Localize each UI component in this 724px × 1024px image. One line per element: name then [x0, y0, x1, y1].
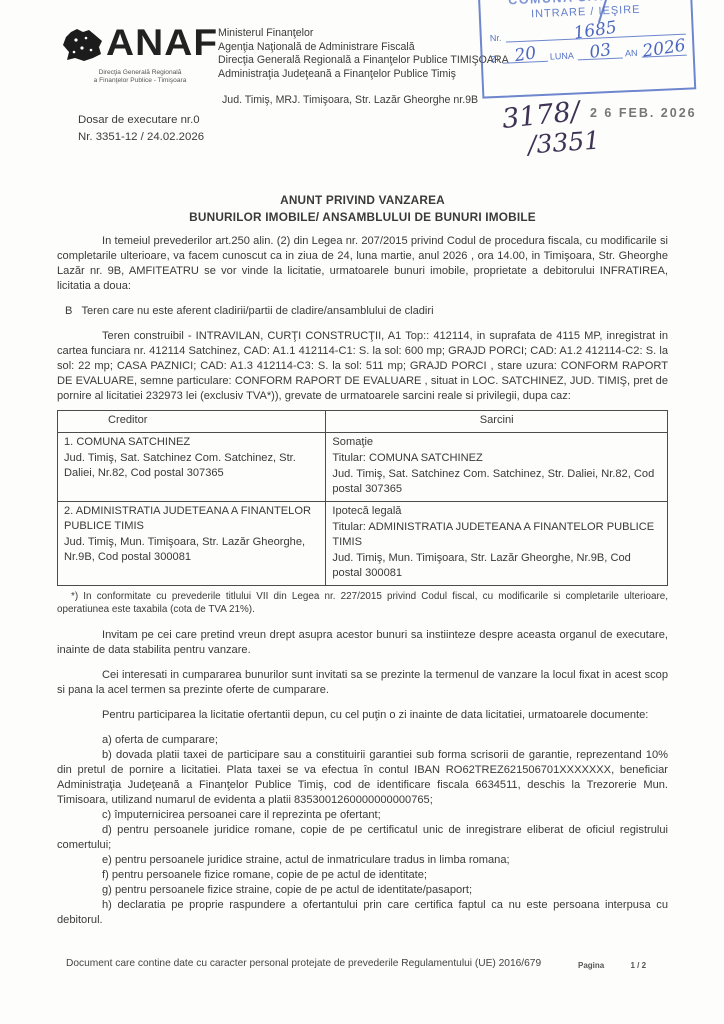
case-file-block: Dosar de executare nr.0 Nr. 3351-12 / 24…	[78, 112, 204, 146]
creditors-table: Creditor Sarcini 1. COMUNA SATCHINEZ Jud…	[57, 410, 668, 586]
document-number-date: Nr. 3351-12 / 24.02.2026	[78, 129, 204, 146]
handwritten-month: 03	[589, 43, 612, 60]
table-row: 1. COMUNA SATCHINEZ Jud. Timiş, Sat. Sat…	[58, 433, 668, 502]
logo-subtitle-line1: Direcţia Generală Regională	[70, 69, 210, 77]
stamp-date-row: ZI 20 LUNA 03 AN 2026	[488, 41, 686, 65]
sarcina-address: Jud. Timiş, Mun. Timişoara, Str. Lazăr G…	[332, 551, 661, 581]
sarcina-type: Ipotecă legală	[332, 504, 661, 519]
office-address: Jud. Timiş, MRJ. Timişoara, Str. Lazăr G…	[222, 94, 478, 106]
handwritten-day: 20	[513, 46, 536, 63]
sarcina-holder: Titular: COMUNA SATCHINEZ	[332, 451, 661, 466]
sarcina-holder: Titular: ADMINISTRATIA JUDETEANA A FINAN…	[332, 520, 661, 550]
creditor-address: Jud. Timiş, Mun. Timişoara, Str. Lazăr G…	[64, 535, 319, 565]
creditor-address: Jud. Timiş, Sat. Satchinez Com. Satchine…	[64, 451, 319, 481]
ministry-line: Ministerul Finanţelor	[218, 27, 509, 41]
stamp-an-line: 2026	[641, 41, 687, 58]
sarcini-cell: Ipotecă legală Titular: ADMINISTRATIA JU…	[326, 502, 668, 586]
creditor-cell: 1. COMUNA SATCHINEZ Jud. Timiş, Sat. Sat…	[58, 433, 326, 502]
creditor-cell: 2. ADMINISTRATIA JUDETEANA A FINANTELOR …	[58, 502, 326, 586]
list-item-f: f) pentru persoanele fizice romane, copi…	[57, 868, 668, 883]
stamp-zi-label: ZI	[491, 54, 499, 64]
creditor-name: 1. COMUNA SATCHINEZ	[64, 435, 319, 450]
page-value: 1 / 2	[630, 961, 646, 970]
ministry-line: Administraţia Judeţeană a Finanţelor Pub…	[218, 68, 509, 82]
column-header-sarcini: Sarcini	[326, 411, 668, 433]
sarcina-address: Jud. Timiş, Sat. Satchinez Com. Satchine…	[332, 467, 661, 497]
title-line1: ANUNT PRIVIND VANZAREA	[57, 192, 668, 209]
case-file-number: Dosar de executare nr.0	[78, 112, 204, 129]
handwritten-number-bottom: /3351	[527, 126, 601, 160]
stamp-luna-line: 03	[577, 43, 623, 60]
list-item-c: c) împuternicirea persoanei care il repr…	[57, 808, 668, 823]
anaf-logo-subtitle: Direcţia Generală Regională a Finanţelor…	[70, 69, 210, 85]
sarcini-cell: Somaţie Titular: COMUNA SATCHINEZ Jud. T…	[326, 433, 668, 502]
table-row: 2. ADMINISTRATIA JUDETEANA A FINANTELOR …	[58, 502, 668, 586]
received-date-stamp: 2 6 FEB. 2026	[590, 106, 697, 120]
list-item-d: d) pentru persoanele juridice romane, co…	[57, 823, 668, 853]
column-header-creditor: Creditor	[58, 411, 326, 433]
ministry-line: Agenţia Naţională de Administrare Fiscal…	[218, 41, 509, 55]
document-header: ANAF Direcţia Generală Regională a Finan…	[0, 0, 724, 188]
notice-paragraph: Invitam pe cei care pretind vreun drept …	[57, 628, 668, 658]
page-label: Pagina	[578, 961, 604, 970]
logo-subtitle-line2: a Finanţelor Publice - Timişoara	[70, 77, 210, 85]
sarcina-type: Somaţie	[332, 435, 661, 450]
title-line2: BUNURILOR IMOBILE/ ANSAMBLULUI DE BUNURI…	[57, 209, 668, 226]
list-item-a: a) oferta de cumparare;	[57, 733, 668, 748]
list-item-b: b) dovada platii taxei de participare sa…	[57, 748, 668, 808]
list-item-e: e) pentru persoanele juridice straine, a…	[57, 853, 668, 868]
ministry-line: Direcţia Generală Regională a Finanţelor…	[218, 54, 509, 68]
list-item-g: g) pentru persoanele fizice straine, cop…	[57, 883, 668, 898]
ministry-header-block: Ministerul Finanţelor Agenţia Naţională …	[218, 27, 509, 81]
vat-footnote: *) In conformitate cu prevederile titlul…	[57, 590, 668, 616]
document-body: ANUNT PRIVIND VANZAREA BUNURILOR IMOBILE…	[57, 192, 668, 928]
section-b-heading: B Teren care nu este aferent cladirii/pa…	[57, 304, 668, 319]
document-title: ANUNT PRIVIND VANZAREA BUNURILOR IMOBILE…	[57, 192, 668, 226]
document-page: ANAF Direcţia Generală Regională a Finan…	[0, 0, 724, 1024]
list-item-h: h) declaratia pe proprie raspundere a of…	[57, 898, 668, 928]
gdpr-footer: Document care contine date cu caracter p…	[66, 958, 666, 969]
registry-stamp: COMUNA SATCHINEZ INTRARE / IEŞIRE Nr. 16…	[478, 0, 697, 99]
anaf-logo-text: ANAF	[106, 22, 218, 64]
stamp-luna-label: LUNA	[550, 51, 574, 62]
stamp-nr-label: Nr.	[490, 33, 502, 43]
participation-paragraph: Pentru participarea la licitatie ofertan…	[57, 708, 668, 723]
table-header-row: Creditor Sarcini	[58, 411, 668, 433]
handwritten-registry-number: 1685	[573, 21, 618, 41]
stamp-zi-line: 20	[502, 47, 548, 64]
property-description-paragraph: Teren construibil - INTRAVILAN, CURŢI CO…	[57, 329, 668, 404]
legal-basis-paragraph: In temeiul prevederilor art.250 alin. (2…	[57, 234, 668, 294]
romania-map-icon	[62, 28, 104, 71]
creditor-name: 2. ADMINISTRATIA JUDETEANA A FINANTELOR …	[64, 504, 319, 534]
page-number: Pagina 1 / 2	[578, 961, 646, 970]
stamp-an-label: AN	[625, 48, 638, 59]
handwritten-year: 2026	[641, 39, 686, 59]
invitation-paragraph: Cei interesati in cumpararea bunurilor s…	[57, 668, 668, 698]
